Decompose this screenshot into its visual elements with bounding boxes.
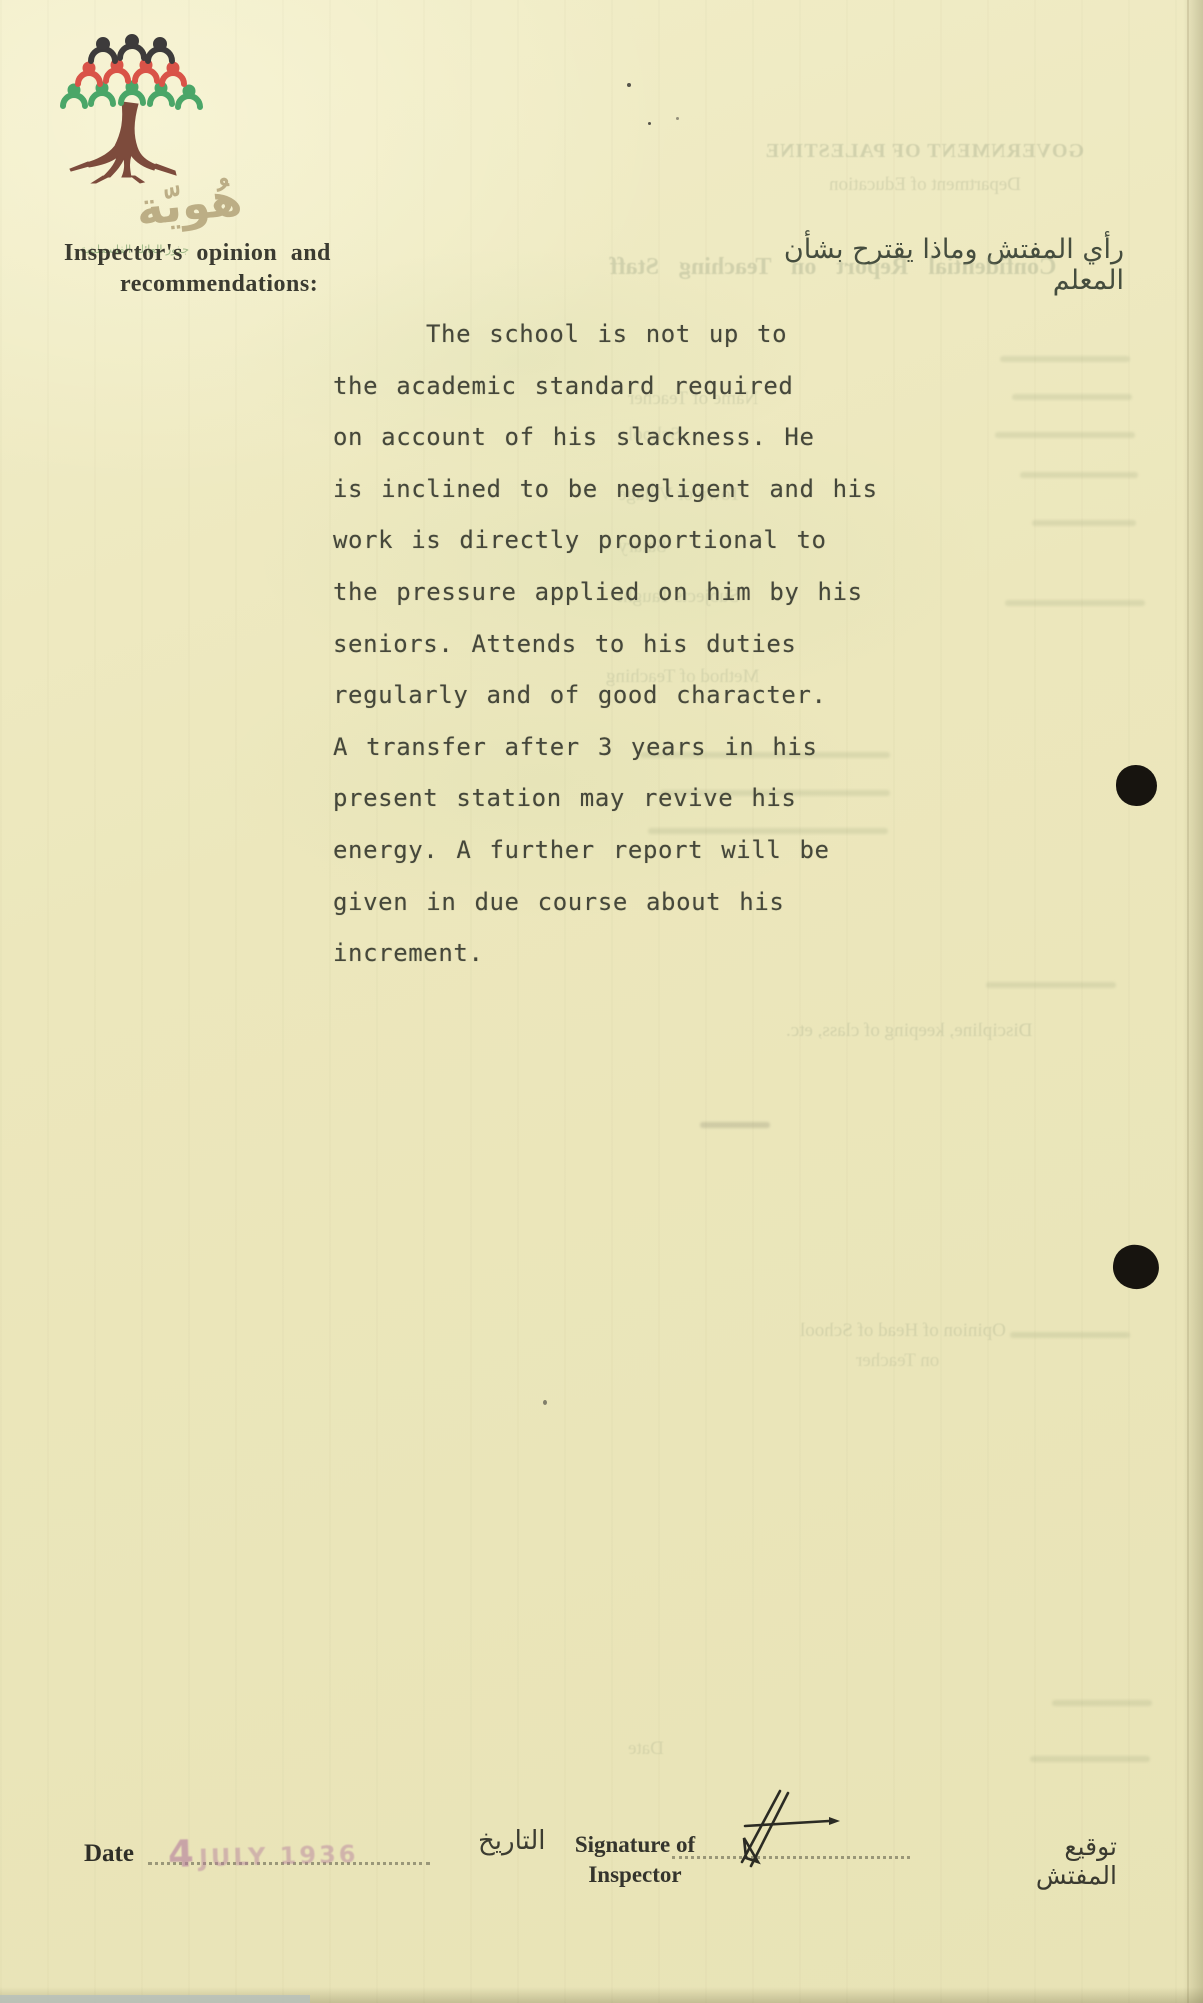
remark-line: the pressure applied on him by his [333,567,893,619]
people-row-dark [91,35,172,62]
bleed-opinion-of-head: Opinion of Head of School [800,1320,1006,1342]
date-label-arabic: التاريخ [478,1826,546,1856]
bleed-through-smudge [995,432,1135,438]
inspector-opinion-label-line2: recommendations: [120,271,318,298]
bleed-discipline: Discipline, keeping of class, etc. [786,1020,1032,1042]
date-label: Date [84,1840,134,1868]
bleed-department-of-education: Department of Education [800,174,1050,196]
punch-hole [1110,1242,1162,1292]
signature-of-inspector-label: Signature of Inspector [560,1830,710,1890]
bleed-through-smudge [1010,1332,1130,1338]
inspector-opinion-label-arabic: رأي المفتش وماذا يقترح بشأن المعلم [758,234,1124,296]
remark-line: regularly and of good character. [333,670,893,722]
bleed-through-smudge [1005,600,1145,606]
remark-line: work is directly proportional to [333,515,893,567]
remark-line: is inclined to be negligent and his [333,464,893,516]
remark-line: present station may revive his [333,773,893,825]
inspector-opinion-label-line1: Inspector's opinion and [64,240,331,267]
date-stamp: 4 JULY 1936 [167,1827,398,1876]
remark-line: on account of his slackness. He [333,412,893,464]
ink-speck [648,122,651,125]
page-edge-right [1183,0,1203,2003]
remark-line: given in due course about his [333,877,893,929]
date-stamp-day: 4 [167,1832,194,1876]
remark-line: seniors. Attends to his duties [333,619,893,671]
logo-caption-arabic: هُويّة [110,175,244,234]
tree-trunk [70,102,176,183]
signature-label-line2: Inspector [560,1860,710,1890]
people-row-red [78,59,184,84]
remark-line: A transfer after 3 years in his [333,722,893,774]
punch-hole [1116,765,1157,806]
remark-line: the academic standard required [333,361,893,413]
inspector-signature-ink [730,1770,870,1880]
bleed-through-smudge [1052,1700,1152,1706]
bleed-through-smudge [1012,394,1132,400]
bleed-through-smudge [1000,356,1130,362]
remark-line: energy. A further report will be [333,825,893,877]
bleed-date: Date [628,1738,664,1760]
bleed-through-smudge [986,982,1116,988]
huwiyya-tree-logo [58,34,208,184]
scanned-document-page: هُويّة جذور العائلة الفلسطينية Inspector… [0,0,1203,2003]
bleed-government-of-palestine: GOVERNMENT OF PALESTINE [790,140,1084,163]
bleed-through-smudge [1020,472,1138,478]
bleed-on-teacher: on Teacher [856,1350,939,1372]
ink-speck [627,83,631,87]
signature-label-arabic: توقيع المفتش [997,1832,1117,1890]
bleed-through-smudge [1032,520,1136,526]
bleed-through-smudge [700,1122,770,1128]
ink-speck [543,1400,547,1405]
remark-line: increment. [333,928,893,980]
remark-line: The school is not up to [333,309,893,361]
bleed-through-smudge [1030,1756,1150,1762]
page-edge-sliver [0,1995,310,2003]
date-stamp-month-year: JULY 1936 [199,1840,359,1872]
typewritten-remarks: The school is not up to the academic sta… [333,309,893,980]
ink-speck [676,117,679,120]
